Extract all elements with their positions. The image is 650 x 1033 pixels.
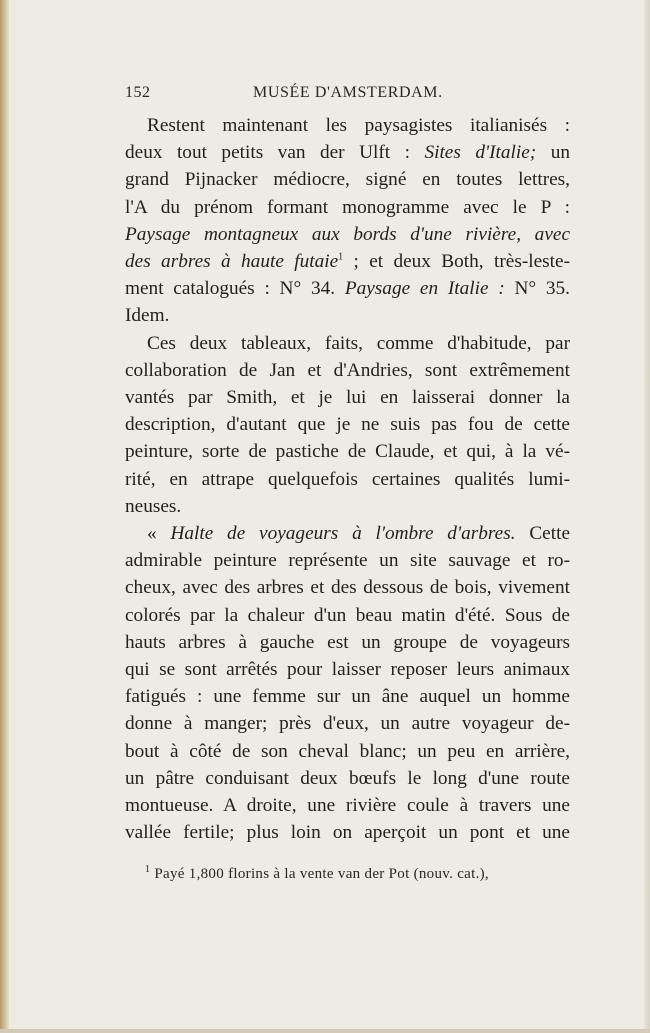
text-run: « xyxy=(147,523,170,544)
text-line: ment catalogués : N° 34. Paysage en Ital… xyxy=(125,275,570,302)
italic-title: Halte de voyageurs à l'ombre d'arbres. xyxy=(170,523,515,544)
text-run: un pâtre conduisant deux bœufs le long d… xyxy=(125,768,570,789)
book-page: 152 MUSÉE D'AMSTERDAM. Restent maintenan… xyxy=(0,0,650,1033)
text-run: Ces deux tableaux, faits, comme d'habitu… xyxy=(147,333,570,354)
text-line: hauts arbres à gauche est un groupe de v… xyxy=(125,629,570,656)
italic-title: Paysage en Italie : xyxy=(345,278,505,299)
text-run: rité, en attrape quelquefois certaines q… xyxy=(125,469,570,490)
text-line: grand Pijnacker médiocre, signé en toute… xyxy=(125,166,570,193)
text-line: vallée fertile; plus loin on aperçoit un… xyxy=(125,819,570,846)
text-run: grand Pijnacker médiocre, signé en toute… xyxy=(125,169,570,190)
text-run: admirable peinture représente un site sa… xyxy=(125,550,570,571)
text-line: colorés par la chaleur d'un beau matin d… xyxy=(125,602,570,629)
text-run: Idem. xyxy=(125,305,169,326)
text-run: colorés par la chaleur d'un beau matin d… xyxy=(125,605,570,626)
body-text: Restent maintenant les paysagistes itali… xyxy=(125,112,570,846)
text-run: ment catalogués : N° 34. xyxy=(125,278,345,299)
text-run: cheux, avec des arbres et des dessous de… xyxy=(125,577,570,598)
text-line: description, d'autant que je ne suis pas… xyxy=(125,411,570,438)
italic-title: des arbres à haute futaie xyxy=(125,251,338,272)
page-fore-edge xyxy=(644,0,650,1033)
text-line: neuses. xyxy=(125,493,570,520)
page-header: 152 MUSÉE D'AMSTERDAM. xyxy=(125,84,570,106)
text-run: N° 35. xyxy=(505,278,570,299)
text-run: vallée fertile; plus loin on aperçoit un… xyxy=(125,822,570,843)
page-number: 152 xyxy=(125,84,151,102)
text-run: bout à côté de son cheval blanc; un peu … xyxy=(125,741,570,762)
page-gutter-edge xyxy=(0,0,9,1033)
footnote-marker: 1 xyxy=(145,864,150,875)
text-line: bout à côté de son cheval blanc; un peu … xyxy=(125,738,570,765)
text-line: peinture, sorte de pastiche de Claude, e… xyxy=(125,438,570,465)
text-line: admirable peinture représente un site sa… xyxy=(125,547,570,574)
italic-title: Paysage montagneux aux bords d'une riviè… xyxy=(125,224,570,245)
italic-title: Sites d'Italie; xyxy=(424,142,536,163)
text-run: neuses. xyxy=(125,496,181,517)
text-run: vantés par Smith, et je lui en laisserai… xyxy=(125,387,570,408)
text-line: qui se sont arrêtés pour laisser reposer… xyxy=(125,656,570,683)
text-line: des arbres à haute futaie1 ; et deux Bot… xyxy=(125,248,570,275)
text-run: fatigués : une femme sur un âne auquel u… xyxy=(125,686,570,707)
running-title: MUSÉE D'AMSTERDAM. xyxy=(253,84,443,102)
text-run: peinture, sorte de pastiche de Claude, e… xyxy=(125,441,570,462)
text-line: Paysage montagneux aux bords d'une riviè… xyxy=(125,221,570,248)
text-line: montueuse. A droite, une rivière coule à… xyxy=(125,792,570,819)
footnote-text: Payé 1,800 florins à la vente van der Po… xyxy=(154,866,489,882)
text-run: donne à manger; près d'eux, un autre voy… xyxy=(125,713,570,734)
text-line: fatigués : une femme sur un âne auquel u… xyxy=(125,683,570,710)
text-line: vantés par Smith, et je lui en laisserai… xyxy=(125,384,570,411)
text-line: collaboration de Jan et d'Andries, sont … xyxy=(125,357,570,384)
text-line: Idem. xyxy=(125,302,570,329)
text-line: deux tout petits van der Ulft : Sites d'… xyxy=(125,139,570,166)
text-line: Ces deux tableaux, faits, comme d'habitu… xyxy=(125,330,570,357)
text-run: ; et deux Both, très-leste- xyxy=(343,251,570,272)
text-run: Restent maintenant les paysagistes itali… xyxy=(147,115,570,136)
text-run: collaboration de Jan et d'Andries, sont … xyxy=(125,360,570,381)
text-line: l'A du prénom formant monogramme avec le… xyxy=(125,194,570,221)
text-line: Restent maintenant les paysagistes itali… xyxy=(125,112,570,139)
text-line: rité, en attrape quelquefois certaines q… xyxy=(125,466,570,493)
text-run: hauts arbres à gauche est un groupe de v… xyxy=(125,632,570,653)
text-line: « Halte de voyageurs à l'ombre d'arbres.… xyxy=(125,520,570,547)
text-line: cheux, avec des arbres et des dessous de… xyxy=(125,574,570,601)
text-run: qui se sont arrêtés pour laisser reposer… xyxy=(125,659,570,680)
text-run: l'A du prénom formant monogramme avec le… xyxy=(125,197,570,218)
text-run: description, d'autant que je ne suis pas… xyxy=(125,414,570,435)
text-run: deux tout petits van der Ulft : xyxy=(125,142,424,163)
text-run: Cette xyxy=(516,523,570,544)
text-line: un pâtre conduisant deux bœufs le long d… xyxy=(125,765,570,792)
text-line: donne à manger; près d'eux, un autre voy… xyxy=(125,710,570,737)
footnote: 1 Payé 1,800 florins à la vente van der … xyxy=(145,866,565,883)
page-bottom-edge xyxy=(0,1029,650,1033)
text-run: un xyxy=(536,142,570,163)
text-run: montueuse. A droite, une rivière coule à… xyxy=(125,795,570,816)
